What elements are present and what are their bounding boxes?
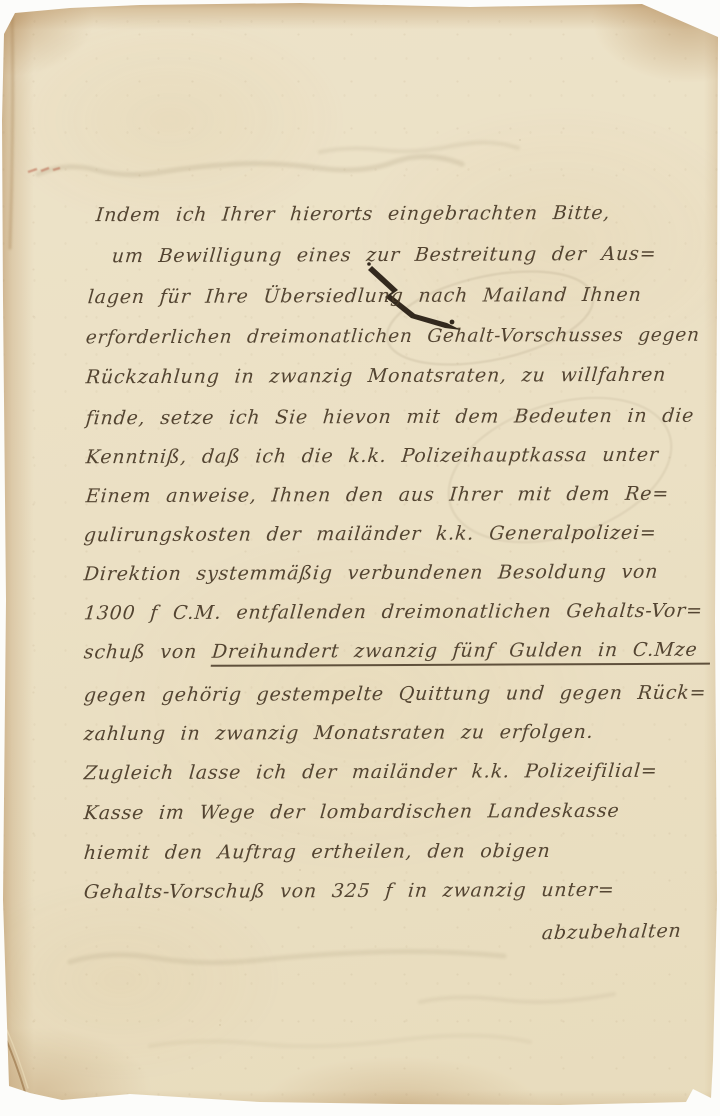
underlined-amount-text: Dreihundert zwanzig fünf Gulden in C.Mze (211, 639, 713, 667)
manuscript-line: gulirungskosten der mailänder k.k. Gener… (83, 522, 658, 546)
manuscript-line-lead: schuß von (83, 641, 213, 664)
manuscript-line: gegen gehörig gestempelte Quittung und g… (83, 682, 707, 707)
manuscript-line: finde, setze ich Sie hievon mit dem Bede… (85, 405, 695, 430)
manuscript-line: lagen für Ihre Übersiedlung nach Mailand… (87, 284, 643, 308)
manuscript-line: zahlung in zwanzig Monatsraten zu erfolg… (83, 721, 594, 745)
manuscript-line: Rückzahlung in zwanzig Monatsraten, zu w… (85, 364, 667, 389)
manuscript-line: Direktion systemmäßig verbundenen Besold… (83, 561, 659, 586)
scanned-document-page: { "page": { "background_color": "#fcfcfa… (0, 0, 720, 1116)
manuscript-line: Kenntniß, daß ich die k.k. Polizeihauptk… (85, 444, 660, 468)
manuscript-line: erforderlichen dreimonatlichen Gehalt-Vo… (85, 325, 701, 349)
paper-sheet: Indem ich Ihrer hierorts eingebrachten B… (0, 0, 720, 1116)
catchword-signature: abzubehalten (541, 920, 683, 944)
manuscript-line: Indem ich Ihrer hierorts eingebrachten B… (95, 202, 611, 226)
manuscript-line: hiemit den Auftrag ertheilen, den obigen (83, 840, 551, 864)
manuscript-line: um Bewilligung eines zur Bestreitung der… (111, 243, 657, 267)
manuscript-line: Zugleich lasse ich der mailänder k.k. Po… (83, 760, 659, 785)
manuscript-line: Gehalts-Vorschuß von 325 f in zwanzig un… (83, 879, 615, 903)
manuscript-line: Einem anweise, Ihnen den aus Ihrer mit d… (85, 483, 670, 508)
manuscript-text-block: Indem ich Ihrer hierorts eingebrachten B… (0, 0, 720, 1116)
manuscript-line-underlined-amount: schuß von Dreihundert zwanzig fünf Gulde… (83, 639, 712, 664)
manuscript-line: Kasse im Wege der lombardischen Landeska… (83, 800, 620, 824)
manuscript-line: 1300 f C.M. entfallenden dreimonatlichen… (83, 600, 704, 625)
